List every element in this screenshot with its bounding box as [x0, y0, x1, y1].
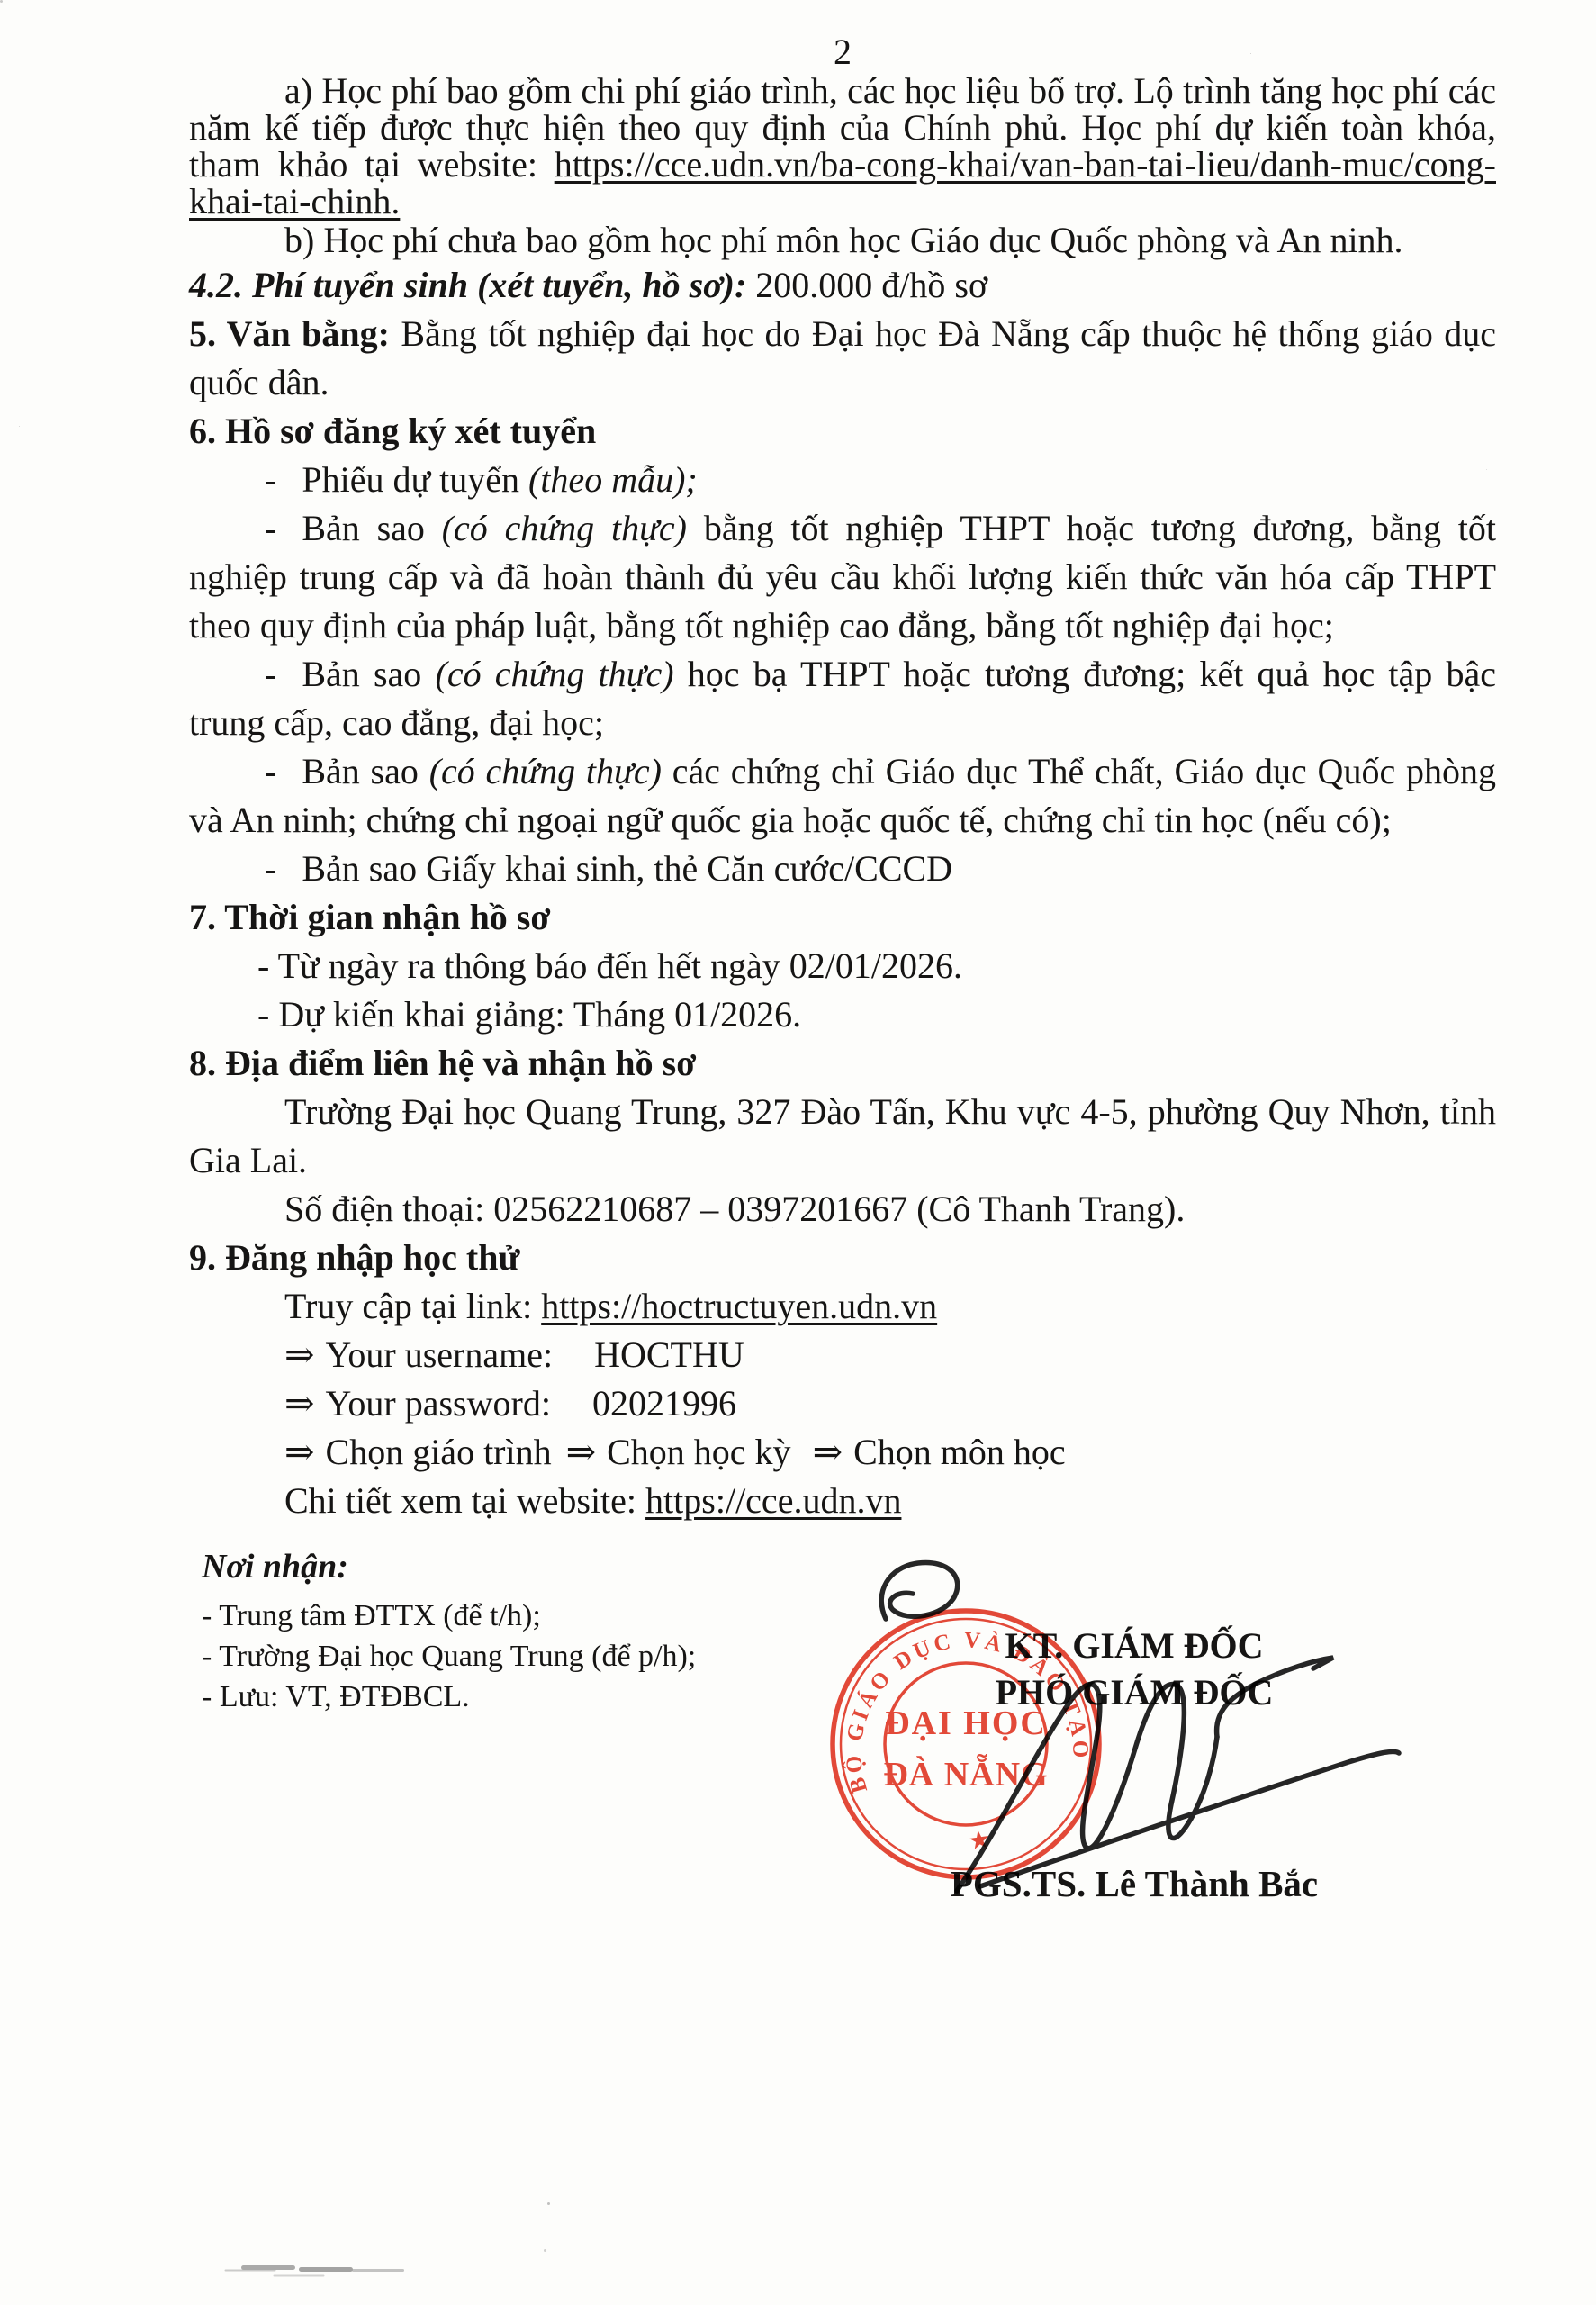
section-8-title: 8. Địa điểm liên hệ và nhận hồ sơ — [189, 1039, 1496, 1088]
contact-address: Trường Đại học Quang Trung, 327 Đào Tấn,… — [189, 1088, 1496, 1185]
password-value: 02021996 — [592, 1383, 736, 1424]
access-text: Truy cập tại link: — [284, 1286, 541, 1326]
dossier-item-3: -Bản sao (có chứng thực) học bạ THPT hoặ… — [189, 650, 1496, 747]
bullet-dash: - — [265, 508, 276, 548]
trial-password-line: ⇒Your password:02021996 — [189, 1379, 1496, 1428]
cce-site-link[interactable]: https://cce.udn.vn — [645, 1480, 901, 1521]
section-9-title: 9. Đăng nhập học thử — [189, 1234, 1496, 1282]
trial-username-line: ⇒Your username:HOCTHU — [189, 1331, 1496, 1379]
dossier-item-2: -Bản sao (có chứng thực) bằng tốt nghiệp… — [189, 504, 1496, 650]
fee-value: 200.000 đ/hồ sơ — [746, 265, 987, 305]
recipients-title: Nơi nhận: — [202, 1545, 1496, 1588]
bullet-dash: - — [265, 848, 276, 889]
double-arrow-icon: ⇒ — [566, 1432, 597, 1472]
dossier-item-4-italic: (có chứng thực) — [429, 751, 662, 791]
double-arrow-icon: ⇒ — [284, 1383, 315, 1424]
trial-site-link[interactable]: https://hoctructuyen.udn.vn — [541, 1286, 937, 1326]
stamp-center-line2: ĐÀ NẴNG — [883, 1754, 1048, 1794]
dossier-item-1-text: Phiếu dự tuyển — [302, 459, 528, 500]
document-body: 2 a) Học phí bao gồm chi phí giáo trình,… — [189, 32, 1496, 1717]
section-6-title: 6. Hồ sơ đăng ký xét tuyển — [189, 407, 1496, 456]
contact-phone: Số điện thoại: 02562210687 – 0397201667 … — [189, 1185, 1496, 1234]
dossier-item-2-pre: Bản sao — [302, 508, 441, 548]
username-label: Your username: — [326, 1334, 554, 1375]
paragraph-tuition-b: b) Học phí chưa bao gồm học phí môn học … — [189, 220, 1496, 261]
dossier-item-1: -Phiếu dự tuyển (theo mẫu); — [189, 456, 1496, 504]
stamp-star-icon: ★ — [967, 1825, 993, 1856]
password-label: Your password: — [326, 1383, 551, 1424]
trial-steps-line: ⇒Chọn giáo trình⇒Chọn học kỳ⇒Chọn môn họ… — [189, 1428, 1496, 1477]
opening-item: - Dự kiến khai giảng: Tháng 01/2026. — [189, 990, 1496, 1039]
dossier-item-5: -Bản sao Giấy khai sinh, thẻ Căn cước/CC… — [189, 845, 1496, 893]
section-7-title: 7. Thời gian nhận hồ sơ — [189, 893, 1496, 942]
dossier-item-3-pre: Bản sao — [302, 654, 435, 694]
bullet-dash: - — [265, 459, 276, 500]
dossier-item-1-italic: (theo mẫu); — [528, 459, 698, 500]
scan-noise-specks — [0, 0, 3, 3]
deadline-item: - Từ ngày ra thông báo đến hết ngày 02/0… — [189, 942, 1496, 990]
bullet-dash: - — [265, 751, 276, 791]
dossier-item-2-italic: (có chứng thực) — [442, 508, 687, 548]
dossier-item-3-italic: (có chứng thực) — [436, 654, 674, 694]
section-5-degree: 5. Văn bằng: Bằng tốt nghiệp đại học do … — [189, 310, 1496, 407]
dossier-item-5-text: Bản sao Giấy khai sinh, thẻ Căn cước/CCC… — [302, 848, 952, 889]
dossier-item-4-pre: Bản sao — [302, 751, 428, 791]
step-choose-textbook: Chọn giáo trình — [326, 1432, 552, 1472]
dossier-item-4: -Bản sao (có chứng thực) các chứng chỉ G… — [189, 747, 1496, 845]
fee-label: 4.2. Phí tuyển sinh (xét tuyển, hồ sơ): — [189, 265, 746, 305]
double-arrow-icon: ⇒ — [813, 1432, 843, 1472]
step-choose-course: Chọn môn học — [853, 1432, 1066, 1472]
double-arrow-icon: ⇒ — [284, 1432, 315, 1472]
stamp-inner-ring — [885, 1663, 1047, 1825]
trial-access-line: Truy cập tại link: https://hoctructuyen.… — [189, 1282, 1496, 1331]
degree-label: 5. Văn bằng: — [189, 313, 390, 354]
double-arrow-icon: ⇒ — [284, 1334, 315, 1375]
scan-smudge-artifact — [241, 2265, 295, 2270]
scanned-document-page: 2 a) Học phí bao gồm chi phí giáo trình,… — [0, 0, 1596, 2305]
bullet-dash: - — [265, 654, 276, 694]
official-red-stamp: BỘ GIÁO DỤC VÀ ĐÀO TẠO ★ ĐẠI HỌC ĐÀ NẴNG — [826, 1604, 1105, 1884]
paragraph-tuition-a: a) Học phí bao gồm chi phí giáo trình, c… — [189, 72, 1496, 220]
section-4-2-fee-line: 4.2. Phí tuyển sinh (xét tuyển, hồ sơ): … — [189, 261, 1496, 310]
step-choose-semester: Chọn học kỳ — [607, 1432, 790, 1472]
stamp-center-line1: ĐẠI HỌC — [885, 1704, 1047, 1742]
username-value: HOCTHU — [594, 1334, 744, 1375]
detail-text: Chi tiết xem tại website: — [284, 1480, 645, 1521]
detail-website-line: Chi tiết xem tại website: https://cce.ud… — [189, 1477, 1496, 1525]
page-number: 2 — [189, 32, 1496, 72]
